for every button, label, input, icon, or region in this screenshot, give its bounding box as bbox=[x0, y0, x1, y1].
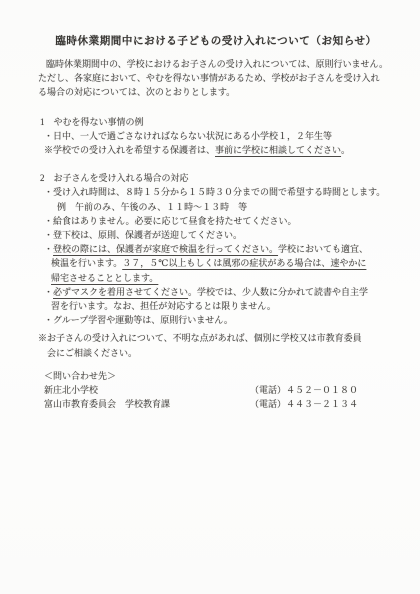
temp-plain: 検温を行います。 bbox=[51, 258, 122, 268]
bullet-temperature-check-line3: 帰宅させることとします。 bbox=[51, 271, 394, 285]
contact-row-school: 新庄北小学校（電話）４５２－０１８０ bbox=[44, 383, 394, 397]
bullet-temperature-check-line1: ・登校の際には、保護者が家庭で検温を行ってください。学校においても適宜、 bbox=[44, 242, 394, 256]
closing-note-line1: ※お子さんの受け入れについて、不明な点があれば、個別に学校又は市教育委員 bbox=[38, 331, 394, 345]
bullet-mask-line2: 習を行います。なお、担任が対応するとは限りません。 bbox=[51, 299, 394, 313]
intro-line-3: る場合の対応については、次のとおりとします。 bbox=[38, 85, 394, 99]
temp-underlined-send-home: 帰宅させることとします。 bbox=[51, 273, 158, 283]
bullet-commute-escort: ・登下校は、原則、保護者が送迎してください。 bbox=[44, 228, 394, 242]
section1-heading: 1 やむを得ない事情の例 bbox=[40, 115, 394, 129]
contact-row-board-of-education: 富山市教育委員会 学校教育課（電話）４４３－２１３４ bbox=[44, 397, 394, 411]
intro-paragraph: 臨時休業期間中の、学校におけるお子さんの受け入れについては、原則行いません。 た… bbox=[38, 57, 394, 100]
bullet-no-lunch: ・給食はありません。必要に応じて昼食を持たせてください。 bbox=[44, 214, 394, 228]
document-title: 臨時休業期間中における子どもの受け入れについて（お知らせ） bbox=[38, 34, 394, 49]
note-underlined-text: 事前に学校に相談してください bbox=[215, 145, 341, 155]
contact-name: 新庄北小学校 bbox=[44, 383, 250, 397]
bullet-acceptance-hours: ・受け入れ時間は、８時１５分から１５時３０分までの間で希望する時間とします。 bbox=[44, 185, 394, 199]
bullet-temperature-check-line2: 検温を行います。３７，５℃以上もしくは風邪の症状がある場合は、速やかに bbox=[51, 256, 394, 270]
contact-heading: ＜問い合わせ先＞ bbox=[44, 369, 394, 383]
closing-note: ※お子さんの受け入れについて、不明な点があれば、個別に学校又は市教育委員 会にご… bbox=[38, 331, 394, 359]
note-suffix: 。 bbox=[341, 145, 350, 155]
note-consult-school-in-advance: ※学校での受け入れを希望する保護者は、事前に学校に相談してください。 bbox=[44, 143, 394, 157]
temp-rest: 学校においても適宜、 bbox=[278, 244, 368, 254]
mask-rest: 。学校では、少人数に分かれて読書や自主学 bbox=[188, 287, 368, 297]
contact-info: ＜問い合わせ先＞ 新庄北小学校（電話）４５２－０１８０ 富山市教育委員会 学校教… bbox=[44, 369, 394, 412]
temp-bullet-mark: ・ bbox=[44, 244, 53, 254]
temp-underlined-fever-rule: ３７，５℃以上もしくは風邪の症状がある場合は、速やかに bbox=[122, 258, 366, 268]
closing-note-line2: 会にご相談ください。 bbox=[47, 346, 394, 360]
scanned-notice-page: 臨時休業期間中における子どもの受け入れについて（お知らせ） 臨時休業期間中の、学… bbox=[0, 0, 420, 594]
bullet-mask-line1: ・必ずマスクを着用させてください。学校では、少人数に分かれて読書や自主学 bbox=[44, 285, 394, 299]
contact-phone: （電話）４５２－０１８０ bbox=[250, 385, 358, 395]
section-unavoidable-reasons: 1 やむを得ない事情の例 ・日中、一人で過ごさなければならない状況にある小学校１… bbox=[38, 115, 394, 158]
contact-phone: （電話）４４３－２１３４ bbox=[250, 399, 358, 409]
intro-line-1: 臨時休業期間中の、学校におけるお子さんの受け入れについては、原則行いません。 bbox=[38, 57, 394, 71]
bullet-daytime-alone: ・日中、一人で過ごさなければならない状況にある小学校１，２年生等 bbox=[44, 129, 394, 143]
contact-name: 富山市教育委員会 学校教育課 bbox=[44, 397, 250, 411]
bullet-no-group-activities: ・グループ学習や運動等は、原則行いません。 bbox=[44, 313, 394, 327]
hours-example: 例 午前のみ、午後のみ、１１時～１３時 等 bbox=[57, 200, 394, 214]
intro-line-2: ただし、各家庭において、やむを得ない事情があるため、学校がお子さんを受け入れ bbox=[38, 71, 394, 85]
mask-bullet-mark: ・ bbox=[44, 287, 53, 297]
mask-underlined: 必ずマスクを着用させてください bbox=[53, 287, 188, 297]
section-acceptance-response: 2 お子さんを受け入れる場合の対応 ・受け入れ時間は、８時１５分から１５時３０分… bbox=[38, 171, 394, 327]
note-prefix: ※学校での受け入れを希望する保護者は、 bbox=[44, 145, 215, 155]
section2-heading: 2 お子さんを受け入れる場合の対応 bbox=[40, 171, 394, 185]
temp-underlined-home-check: 登校の際には、保護者が家庭で検温を行ってください。 bbox=[53, 244, 278, 254]
